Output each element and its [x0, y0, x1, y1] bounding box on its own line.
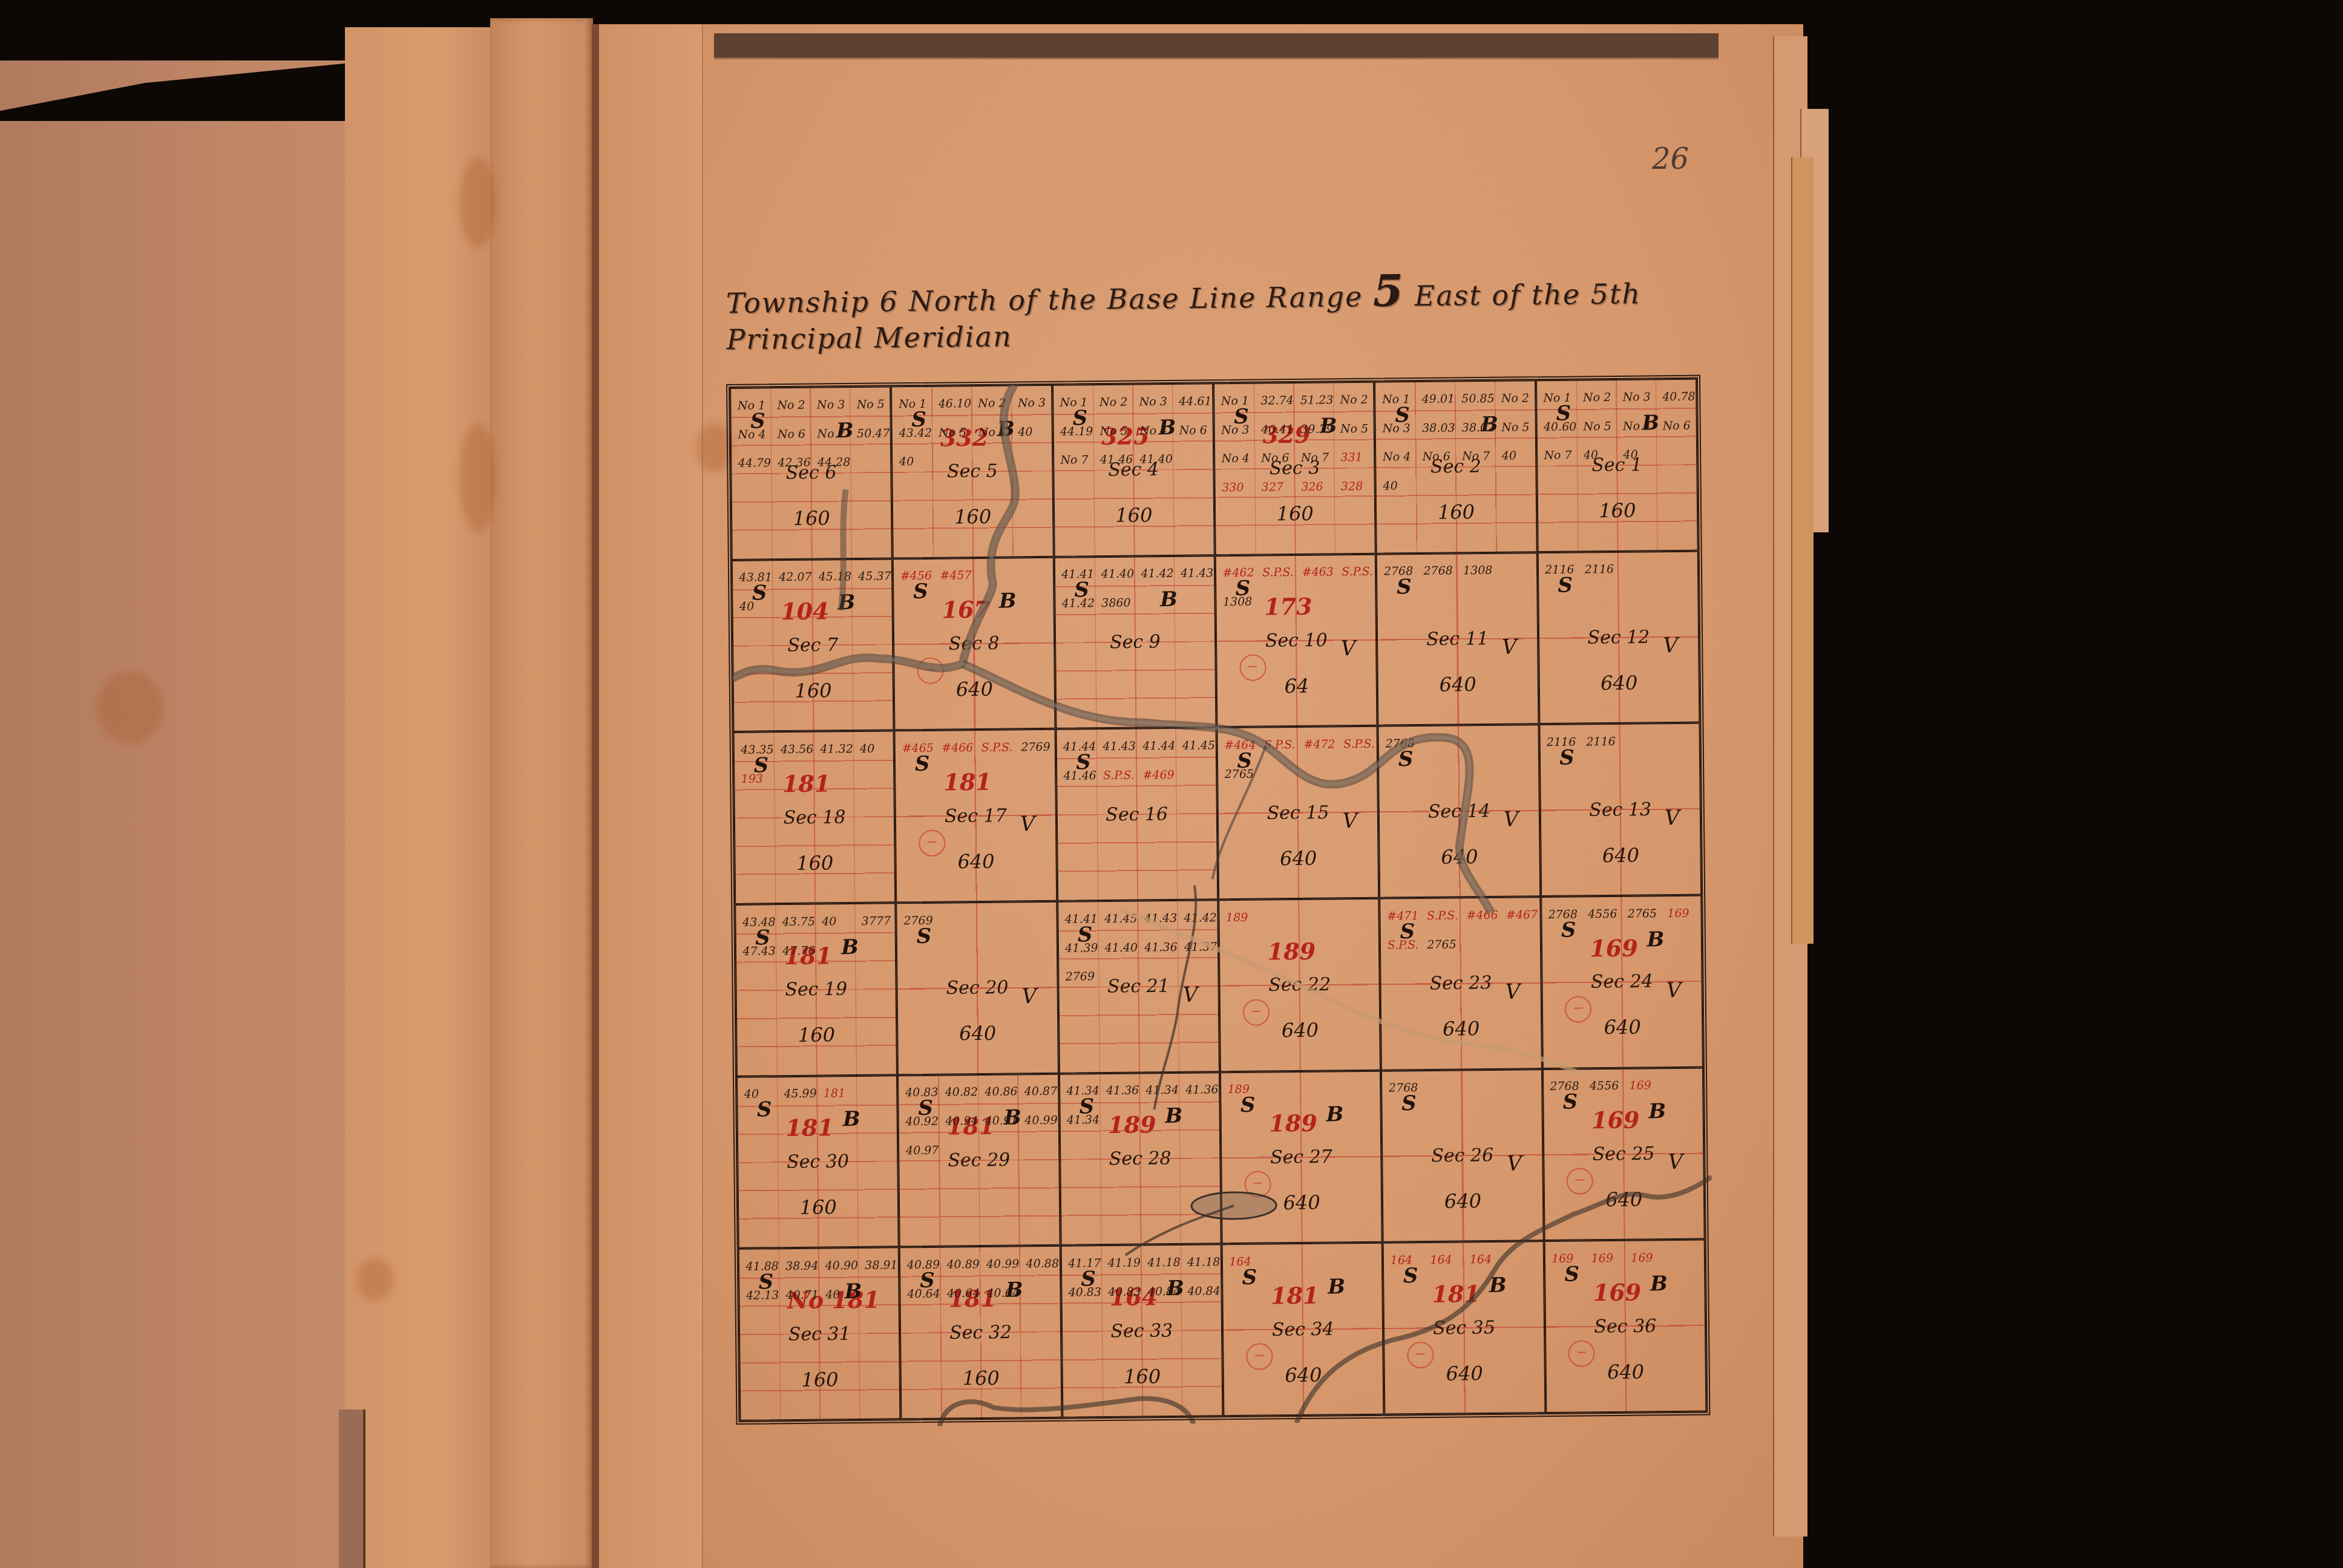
lot-annotation: 40 — [1584, 448, 1598, 462]
lot-annotation: 2769 — [903, 914, 933, 927]
section-acres: 160 — [1115, 504, 1152, 528]
section-label: Sec 19 — [785, 979, 847, 1001]
section-acres: 160 — [793, 507, 830, 531]
spine-fold — [490, 18, 593, 1568]
lot-annotation: No 7 — [1462, 449, 1490, 463]
lot-annotation: 193 — [741, 772, 763, 785]
lot-annotation: 40.83 — [1108, 1285, 1141, 1299]
circled-minus-icon: − — [1567, 1168, 1593, 1195]
lot-annotation: No 3 — [1139, 395, 1167, 408]
page-number: 26 — [1652, 142, 1689, 176]
section-label: Sec 17 — [945, 805, 1007, 827]
lot-annotation: 41.40 — [1139, 452, 1173, 466]
section-acres: 640 — [956, 678, 993, 701]
survey-mark-b-icon: B — [1650, 1272, 1668, 1296]
lot-annotation: No 1 — [1060, 396, 1087, 409]
survey-mark-b-icon: B — [1165, 1104, 1182, 1128]
survey-mark-s-icon: S — [1401, 1091, 1417, 1116]
lot-annotation: No 4 — [1139, 424, 1167, 437]
section-acres: 160 — [1124, 1365, 1161, 1388]
lot-annotation: 41.36 — [1185, 1083, 1219, 1097]
lot-annotation: 181 — [824, 1087, 845, 1100]
section-cell: Sec 4160325SBNo 1No 2No 344.6144.19No 5N… — [1052, 383, 1215, 557]
lot-annotation: 44.19 — [1060, 425, 1093, 439]
lot-annotation: 41.44 — [1142, 739, 1176, 753]
section-cell: Sec 20640SV2769 — [896, 901, 1059, 1075]
page-margin-strip — [599, 24, 703, 1568]
section-label: Sec 35 — [1433, 1317, 1495, 1339]
lot-annotation: 44.61 — [1179, 394, 1212, 408]
flap-inner-edge — [339, 1410, 365, 1568]
lot-annotation: 40.88 — [1026, 1257, 1059, 1271]
lot-annotation: 41.42 — [1141, 567, 1174, 581]
survey-mark-s-icon: S — [1564, 1263, 1579, 1287]
section-cell: Sec 15640SV#464S.P.S.#472S.P.S.2765 — [1216, 726, 1379, 900]
lot-annotation: 40 — [1383, 479, 1397, 492]
section-cell: Sec 27640189SB189− — [1220, 1070, 1383, 1244]
lot-annotation: No 3 — [1382, 422, 1410, 435]
circled-minus-icon: − — [1407, 1342, 1434, 1368]
lot-annotation: 2768 — [1548, 907, 1578, 921]
survey-mark-v-icon: V — [1668, 1150, 1683, 1174]
section-label: Sec 5 — [947, 461, 998, 483]
section-acres: 640 — [1605, 1188, 1642, 1212]
lot-annotation: 40.78 — [1662, 390, 1696, 403]
lot-annotation: 331 — [1340, 451, 1362, 464]
section-cell: Sec 18160181S43.3543.5641.3240193 — [733, 731, 896, 904]
section-cell: Sec 6160SBNo 1No 2No 3No 5No 4No 6No 750… — [730, 386, 893, 560]
lot-annotation: 2768 — [1385, 737, 1415, 750]
survey-mark-v-icon: V — [1663, 633, 1678, 658]
lot-annotation: 41.18 — [1187, 1255, 1221, 1269]
lot-annotation: 42.07 — [779, 570, 812, 584]
section-cell: Sec 24640169SBV276845562765169− — [1541, 895, 1703, 1069]
lot-annotation: No 5 — [1501, 420, 1529, 434]
survey-mark-b-icon: B — [1326, 1102, 1344, 1126]
section-acres: 160 — [801, 1368, 838, 1391]
section-label: Sec 33 — [1110, 1320, 1173, 1342]
lot-annotation: No 5 — [856, 397, 884, 411]
section-cell: Sec 28189SB41.3441.3641.3441.3641.34 — [1059, 1072, 1222, 1246]
section-acres: 640 — [1604, 1016, 1640, 1039]
circled-minus-icon: − — [1568, 1340, 1595, 1367]
lot-annotation: 41.18 — [1147, 1256, 1181, 1270]
circled-minus-icon: − — [1244, 1171, 1271, 1198]
section-cell: Sec 16S41.4441.4341.4441.4541.46S.P.S.#4… — [1055, 728, 1218, 901]
lot-annotation: No 3 — [1221, 423, 1249, 436]
circled-minus-icon: − — [1243, 999, 1270, 1025]
section-cell: Sec 8640167SB#456#457− — [893, 557, 1055, 730]
survey-mark-s-icon: S — [1562, 1090, 1578, 1114]
survey-mark-b-icon: B — [1328, 1275, 1345, 1299]
left-page — [0, 60, 363, 1568]
lot-annotation: 40.86 — [985, 1085, 1018, 1099]
tract-number: 173 — [1264, 593, 1312, 621]
section-cell: Sec 1064173SV#462S.P.S.#463S.P.S.1308− — [1215, 554, 1378, 727]
circled-minus-icon: − — [1565, 996, 1591, 1022]
township-title: Township 6 North of the Base Line Range … — [726, 261, 1785, 356]
lot-annotation: 40.97 — [906, 1144, 939, 1158]
survey-mark-b-icon: B — [1648, 1099, 1666, 1123]
lot-annotation: 38.03 — [1422, 421, 1455, 435]
survey-mark-s-icon: S — [1403, 1264, 1418, 1288]
section-cell: Sec 17640181SV#465#466S.P.S.2769− — [894, 729, 1057, 903]
section-label: Sec 28 — [1109, 1148, 1171, 1169]
section-acres: 640 — [1285, 1363, 1322, 1387]
page-top-edge — [714, 33, 1719, 59]
lot-annotation: 41.32 — [820, 742, 853, 756]
lot-annotation: 40.90 — [825, 1259, 859, 1273]
lot-annotation: 40.64 — [986, 1286, 1020, 1300]
survey-mark-b-icon: B — [843, 1107, 860, 1131]
stain — [460, 423, 496, 532]
survey-mark-b-icon: B — [1647, 927, 1664, 952]
section-cell: Sec 3160329SBNo 132.7451.23No 2No 340.41… — [1213, 382, 1376, 555]
lot-annotation: 169 — [1591, 1252, 1613, 1265]
lot-annotation: 43.81 — [739, 571, 772, 585]
lot-annotation: #456 — [900, 569, 932, 583]
lot-annotation: 328 — [1341, 480, 1363, 493]
lot-annotation: 44.79 — [738, 457, 772, 471]
section-cell: Sec 29181SB40.8340.8240.8640.8740.9240.9… — [897, 1073, 1060, 1247]
survey-mark-b-icon: B — [844, 1279, 862, 1304]
lot-annotation: 43.42 — [899, 426, 932, 440]
lot-annotation: 41.36 — [1106, 1084, 1139, 1098]
lot-annotation: 2116 — [1586, 735, 1616, 748]
lot-annotation: S.P.S. — [981, 741, 1013, 754]
section-label: Sec 14 — [1428, 800, 1490, 822]
lot-annotation: No 3 — [1018, 396, 1046, 410]
lot-annotation: #464 — [1224, 739, 1256, 752]
lot-annotation: 45.18 — [819, 570, 852, 584]
tract-number: 104 — [781, 598, 829, 626]
survey-mark-s-icon: S — [1242, 1266, 1257, 1290]
survey-mark-v-icon: V — [1183, 982, 1198, 1007]
section-label: Sec 13 — [1589, 799, 1651, 821]
lot-annotation: 40.99 — [1024, 1114, 1058, 1128]
survey-mark-s-icon: S — [1398, 747, 1414, 771]
circled-minus-icon: − — [919, 830, 945, 857]
lot-annotation: No 7 — [1301, 451, 1329, 465]
section-cell: Sec 35640181SB164164164− — [1383, 1241, 1545, 1414]
section-acres: 640 — [1443, 1018, 1480, 1041]
lot-annotation: 41.43 — [1181, 567, 1214, 581]
lot-annotation: #465 — [902, 742, 934, 756]
section-label: Sec 31 — [788, 1323, 851, 1345]
stain — [97, 671, 163, 744]
section-acres: 160 — [798, 1024, 835, 1047]
section-cell: Sec 5160332SBNo 146.10No 2No 343.42No 5N… — [891, 385, 1054, 558]
lot-annotation: 164 — [1229, 1255, 1251, 1269]
section-cell: Sec 22640189189− — [1218, 898, 1381, 1072]
lot-annotation: 51.23 — [1300, 393, 1334, 407]
lot-annotation: 2116 — [1585, 563, 1614, 576]
lot-annotation: 41.41 — [1065, 912, 1098, 926]
lot-annotation: 169 — [1629, 1079, 1651, 1093]
tract-number: 169 — [1591, 1106, 1640, 1134]
section-acres: 640 — [1607, 1360, 1644, 1383]
section-label: Sec 18 — [783, 806, 845, 828]
stain — [357, 1258, 393, 1301]
folded-flap — [345, 27, 496, 1568]
lot-annotation: 40.89 — [907, 1258, 940, 1272]
lot-annotation: 39.79 — [1300, 422, 1334, 436]
lot-annotation: No 1 — [1543, 391, 1571, 404]
lot-annotation: No 6 — [1422, 450, 1450, 463]
lot-annotation: No 7 — [817, 427, 845, 440]
lot-annotation: 41.43 — [1103, 740, 1136, 754]
lot-annotation: #457 — [940, 569, 971, 583]
lot-annotation: 45.99 — [784, 1087, 817, 1101]
survey-mark-s-icon: S — [1397, 575, 1412, 599]
lot-annotation: No 5 — [1583, 420, 1611, 433]
survey-mark-v-icon: V — [1502, 635, 1517, 659]
section-label: Sec 7 — [787, 635, 838, 656]
lot-annotation: No 2 — [1583, 391, 1611, 404]
circled-minus-icon: − — [1239, 655, 1266, 681]
lot-annotation: 40.99 — [986, 1258, 1020, 1272]
section-cell: Sec 13640SV21162116 — [1539, 723, 1702, 897]
section-label: Sec 8 — [949, 633, 1000, 655]
lot-annotation: S.P.S. — [1262, 566, 1294, 579]
section-acres: 160 — [1599, 499, 1636, 523]
lot-annotation: 38.91 — [865, 1259, 898, 1273]
lot-annotation: 3777 — [862, 914, 891, 927]
section-cell: Sec 33160164SB41.1741.1941.1841.1840.834… — [1060, 1244, 1223, 1418]
section-cell: Sec 7160104SB43.8142.0745.1845.3740 — [732, 558, 894, 732]
lot-annotation: 1308 — [1223, 595, 1253, 609]
lot-annotation: 40 — [860, 742, 874, 756]
circled-minus-icon: − — [1246, 1343, 1273, 1370]
survey-mark-s-icon: S — [1561, 918, 1576, 942]
lot-annotation: 40.87 — [1024, 1085, 1058, 1099]
range-number: 5 — [1372, 264, 1404, 316]
lot-annotation: No 2 — [777, 399, 805, 412]
lot-annotation: 327 — [1262, 480, 1283, 494]
lot-annotation: 41.17 — [1068, 1256, 1101, 1270]
lot-annotation: 40.83 — [1068, 1285, 1101, 1299]
survey-mark-b-icon: B — [1489, 1273, 1507, 1298]
section-label: Sec 21 — [1107, 976, 1170, 998]
section-cell: Sec 1160SBNo 1No 2No 340.7840.60No 5No 4… — [1536, 379, 1699, 552]
survey-mark-s-icon: S — [1240, 1093, 1256, 1117]
section-acres: 160 — [795, 679, 831, 702]
lot-annotation: 2768 — [1423, 564, 1453, 578]
lot-annotation: S.P.S. — [1264, 738, 1296, 751]
section-cell: Sec 12640SV21162116 — [1537, 550, 1700, 724]
survey-mark-s-icon: S — [913, 580, 928, 604]
lot-annotation: 41.88 — [745, 1259, 779, 1273]
section-label: Sec 29 — [948, 1149, 1010, 1171]
section-cell: Sec 14640SV2768 — [1378, 724, 1541, 898]
lot-annotation: 50.85 — [1461, 392, 1495, 406]
section-label: Sec 30 — [787, 1151, 849, 1173]
lot-annotation: 41.44 — [1063, 740, 1096, 754]
lot-annotation: No 4 — [978, 425, 1006, 439]
lot-annotation: 41.43 — [1144, 912, 1178, 926]
lot-annotation: 41.37 — [1184, 940, 1217, 954]
section-label: Sec 24 — [1591, 971, 1653, 993]
tract-number: 169 — [1593, 1279, 1642, 1307]
lot-annotation: 32.74 — [1260, 394, 1294, 408]
section-acres: 640 — [1441, 845, 1478, 869]
lot-annotation: 46.10 — [939, 397, 972, 411]
lot-annotation: 40.71 — [785, 1288, 819, 1302]
lot-annotation: No 3 — [817, 398, 845, 411]
lot-annotation: 41.46 — [1100, 453, 1133, 467]
section-label: Sec 12 — [1587, 627, 1650, 648]
lot-annotation: 41.45 — [1104, 912, 1138, 926]
section-acres: 160 — [954, 505, 991, 529]
lot-annotation: 40.91 — [985, 1114, 1018, 1128]
lot-annotation: No 5 — [1340, 422, 1368, 435]
section-cell: Sec 21SV41.4141.4541.4341.4241.3941.4041… — [1057, 900, 1220, 1073]
tract-number: 189 — [1108, 1111, 1156, 1139]
lot-annotation: No 3 — [1622, 390, 1650, 403]
section-label: Sec 32 — [949, 1322, 1012, 1344]
lot-annotation: 40 — [739, 600, 754, 613]
lot-annotation: 49.01 — [1422, 392, 1455, 406]
lot-annotation: No 6 — [1179, 423, 1207, 437]
lot-annotation: 40 — [899, 455, 914, 468]
section-label: Sec 16 — [1106, 803, 1168, 825]
lot-annotation: #466 — [942, 741, 973, 755]
lot-annotation: 40.84 — [1187, 1284, 1221, 1298]
section-label: Sec 10 — [1265, 630, 1328, 652]
lot-annotation: 169 — [1631, 1252, 1653, 1265]
lot-annotation: 40 — [1018, 425, 1032, 439]
lot-annotation: 330 — [1222, 481, 1244, 494]
lot-annotation: 42.36 — [778, 456, 811, 470]
lot-annotation: No 2 — [1099, 395, 1127, 408]
tract-number: 181 — [782, 769, 831, 797]
section-acres: 640 — [1446, 1362, 1483, 1385]
lot-annotation: 2768 — [1384, 565, 1414, 578]
lot-annotation: 41.42 — [1184, 911, 1217, 925]
lot-annotation: 164 — [1391, 1253, 1412, 1267]
section-cell: Sec 11640SV276827681308 — [1376, 552, 1539, 726]
lot-annotation: 2765 — [1427, 938, 1457, 951]
section-acres: 160 — [1438, 501, 1475, 524]
survey-mark-s-icon: S — [915, 752, 930, 776]
survey-mark-v-icon: V — [1666, 978, 1682, 1002]
survey-mark-b-icon: B — [1160, 587, 1178, 612]
tract-number: 169 — [1590, 934, 1638, 962]
lot-annotation: 41.40 — [1101, 567, 1135, 581]
lot-annotation: 40.64 — [947, 1287, 980, 1301]
lot-annotation: #471 — [1387, 909, 1418, 923]
lot-annotation: 2765 — [1628, 907, 1657, 920]
survey-mark-v-icon: V — [1665, 806, 1680, 830]
section-cell: Sec 32160181SB40.8940.8940.9940.8840.644… — [899, 1246, 1062, 1419]
section-label: Sec 27 — [1270, 1146, 1332, 1168]
tract-number: 189 — [1268, 937, 1316, 965]
section-acres: 160 — [1277, 502, 1314, 526]
lot-annotation: No 4 — [1222, 452, 1250, 465]
survey-mark-v-icon: V — [1341, 636, 1356, 661]
book-gutter — [592, 24, 599, 1568]
lot-annotation: 38.94 — [785, 1259, 819, 1273]
lot-annotation: 44.28 — [818, 456, 851, 469]
section-label: Sec 26 — [1431, 1145, 1493, 1166]
section-cell: Sec 19160181SB43.4843.7540377747.4347.76 — [735, 903, 897, 1076]
lot-annotation: No 2 — [1501, 391, 1529, 405]
lot-annotation: 169 — [1667, 907, 1689, 920]
section-cell: Sec 36640169SB169169169− — [1544, 1240, 1706, 1413]
lot-annotation: No 6 — [1663, 419, 1691, 432]
survey-mark-b-icon: B — [841, 935, 859, 959]
lot-annotation: 2116 — [1545, 563, 1575, 577]
section-acres: 640 — [1601, 671, 1637, 695]
lot-annotation: No 2 — [978, 396, 1006, 410]
lot-annotation: No 1 — [1382, 393, 1410, 406]
lot-annotation: 43.75 — [782, 915, 815, 929]
section-cell: Sec 26640SV2768 — [1381, 1069, 1544, 1243]
lot-annotation: #467 — [1506, 908, 1538, 921]
section-cell: Sec 23640SV#471S.P.S.#466#467S.P.S.2765 — [1380, 897, 1542, 1070]
lot-annotation: 41.34 — [1067, 1113, 1100, 1127]
lot-annotation: No 2 — [1340, 393, 1368, 407]
lot-annotation: 40.94 — [945, 1114, 978, 1128]
lot-annotation: 41.19 — [1108, 1256, 1141, 1270]
survey-mark-s-icon: S — [1558, 573, 1573, 598]
survey-mark-v-icon: V — [1342, 809, 1357, 833]
lot-annotation: 2116 — [1547, 736, 1576, 749]
survey-mark-v-icon: V — [1021, 984, 1037, 1008]
section-label: Sec 9 — [1110, 632, 1161, 653]
lot-annotation: 38.02 — [1462, 420, 1495, 434]
survey-mark-v-icon: V — [1504, 807, 1519, 831]
lot-annotation: 40 — [1502, 449, 1516, 463]
section-cell: Sec 9SB41.4141.4041.4241.4341.423860 — [1054, 555, 1216, 729]
section-label: Sec 36 — [1594, 1315, 1656, 1337]
section-acres: 160 — [963, 1367, 1000, 1390]
lot-annotation: 42.13 — [746, 1289, 779, 1302]
lot-annotation: 3860 — [1101, 596, 1131, 610]
lot-annotation: 40.82 — [945, 1086, 978, 1100]
lot-annotation: S.P.S. — [1103, 768, 1135, 782]
circled-minus-icon: − — [917, 658, 943, 684]
lot-annotation: #472 — [1303, 738, 1335, 752]
section-acres: 640 — [1282, 1019, 1319, 1042]
lot-annotation: 189 — [1226, 911, 1248, 924]
lot-annotation: 40.41 — [1261, 423, 1294, 437]
lot-annotation: 40.83 — [905, 1086, 939, 1100]
section-label: Sec 25 — [1593, 1143, 1655, 1165]
tract-number: 181 — [785, 1114, 834, 1142]
section-acres: 160 — [796, 851, 833, 875]
lot-annotation: No 4 — [1383, 450, 1411, 463]
section-acres: 640 — [959, 1022, 996, 1045]
section-grid: Sec 6160SBNo 1No 2No 3No 5No 4No 6No 750… — [730, 379, 1706, 1421]
lot-annotation: 164 — [1470, 1253, 1492, 1266]
lot-annotation: 41.46 — [1063, 769, 1096, 783]
tract-number: 181 — [943, 768, 992, 796]
survey-mark-b-icon: B — [837, 590, 855, 615]
lot-annotation: 47.76 — [782, 944, 816, 958]
lot-annotation: 164 — [1430, 1253, 1452, 1267]
lot-annotation: #462 — [1222, 566, 1254, 580]
lot-annotation: No 5 — [939, 426, 966, 439]
survey-mark-s-icon: S — [916, 924, 931, 948]
title-prefix: Township 6 North of the Base Line Range — [726, 280, 1363, 319]
survey-mark-s-icon: S — [757, 1098, 772, 1122]
lot-annotation: 40 — [1623, 448, 1637, 462]
lot-annotation: No 4 — [1623, 419, 1651, 433]
lot-annotation: 43.35 — [741, 743, 774, 757]
section-acres: 640 — [1283, 1191, 1320, 1215]
section-label: Sec 22 — [1268, 974, 1331, 996]
